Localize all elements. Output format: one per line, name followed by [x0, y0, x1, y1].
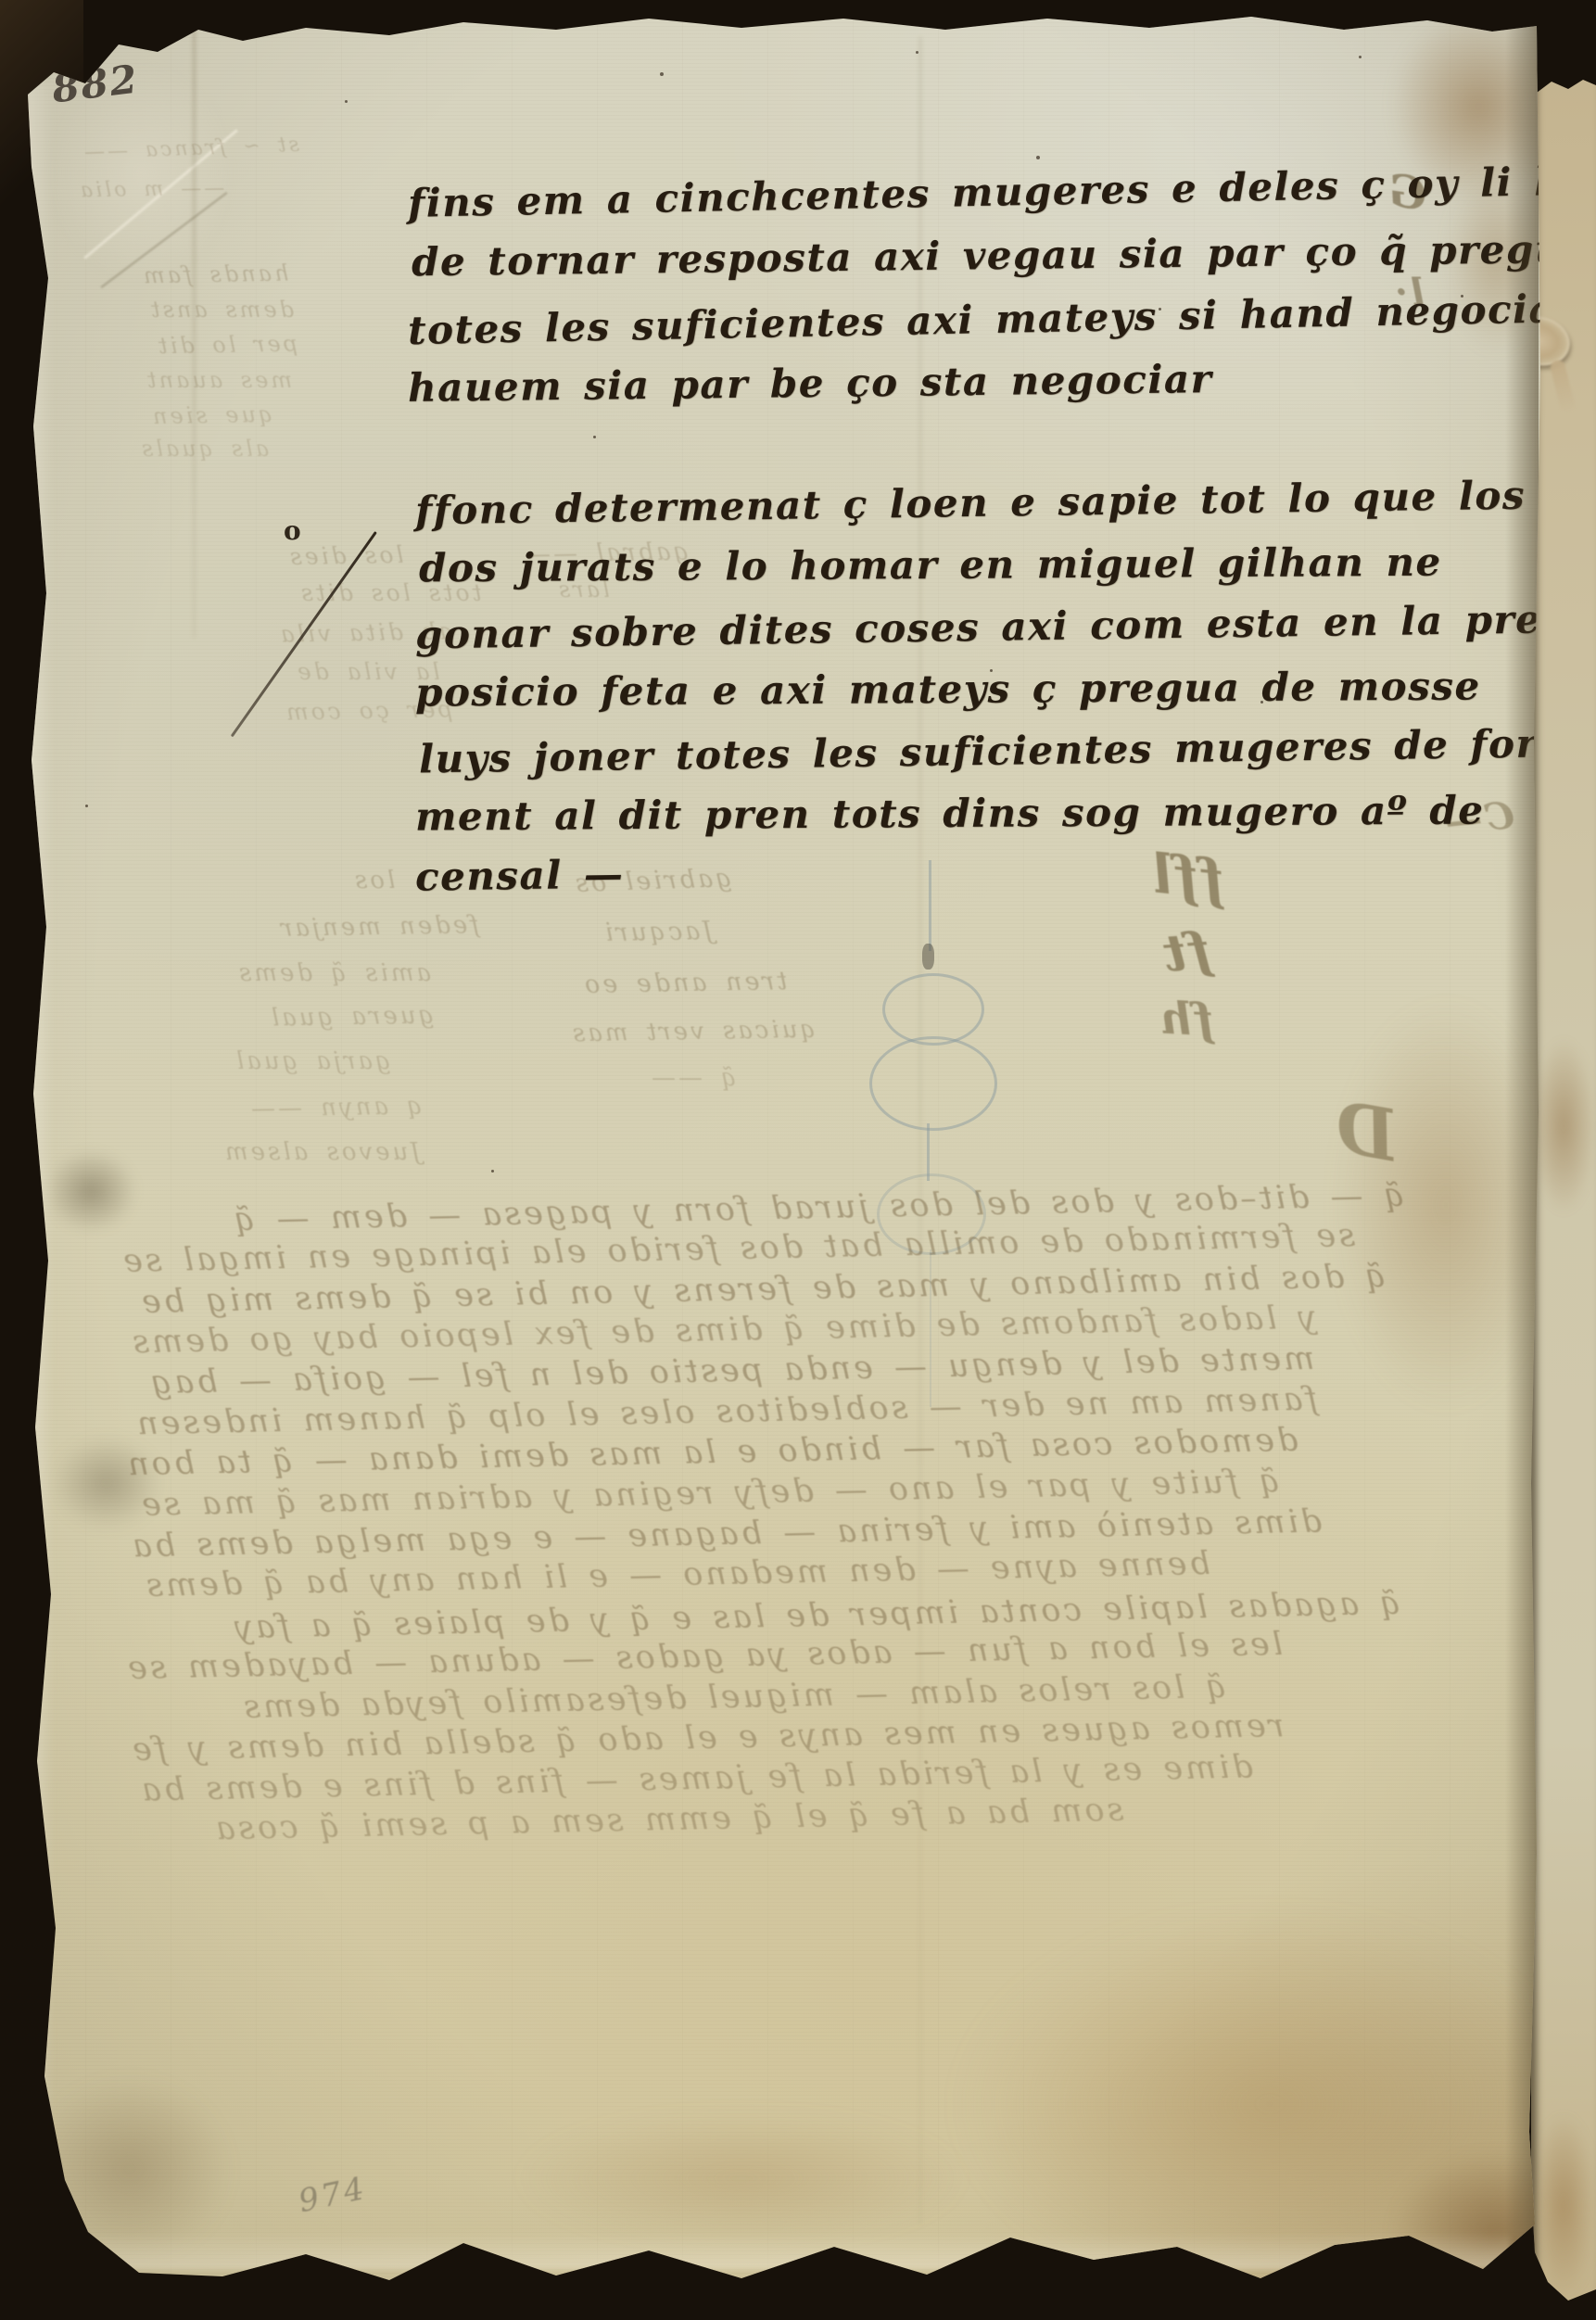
stain [1531, 2113, 1596, 2299]
stain [1531, 1038, 1596, 1214]
scanned-manuscript: st ~ franca ———— m oliahands famdems ans… [0, 0, 1596, 2320]
vignette [0, 0, 1596, 2320]
manuscript-page: st ~ franca ———— m oliahands famdems ans… [0, 0, 1596, 2320]
